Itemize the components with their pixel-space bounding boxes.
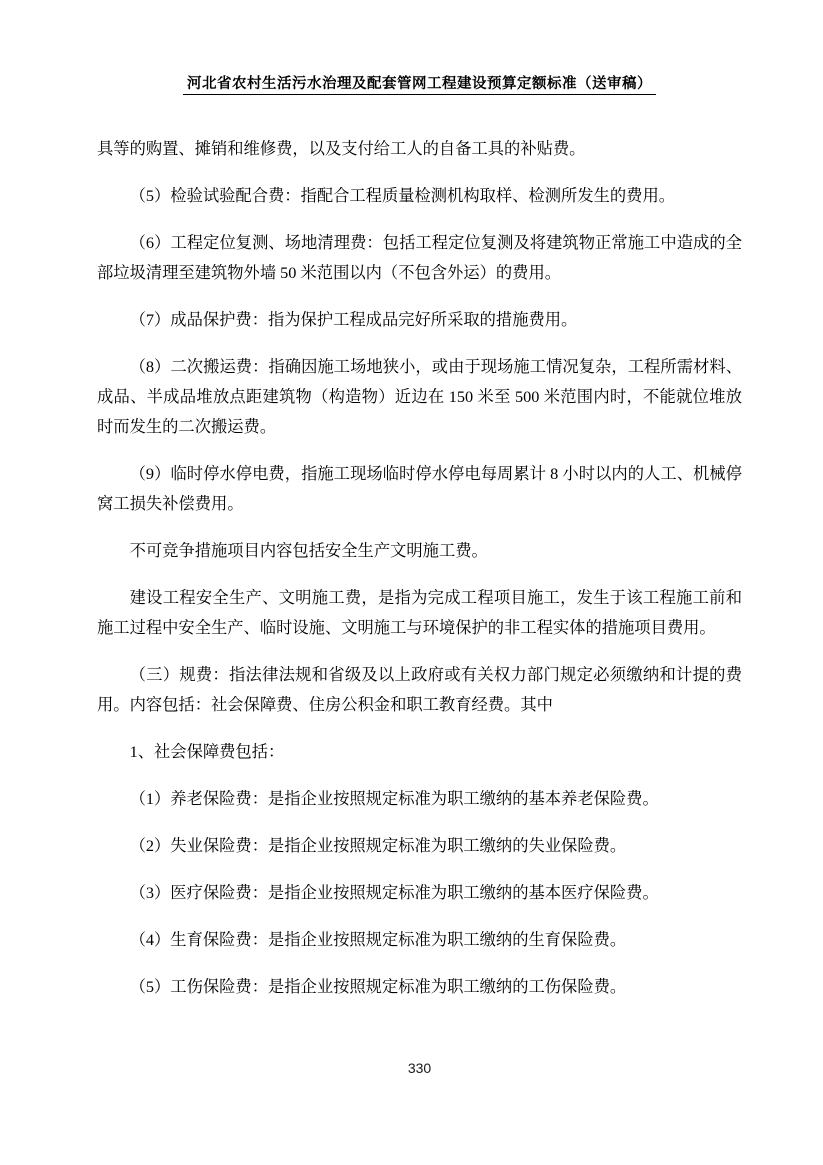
paragraph-social-security-list: 1、社会保障费包括： [97,737,742,767]
paragraph-item-9: （9）临时停水停电费，指施工现场临时停水停电每周累计 8 小时以内的人工、机械停… [97,459,742,519]
paragraph-item-8: （8）二次搬运费：指确因施工场地狭小，或由于现场施工情况复杂，工程所需材料、成品… [97,352,742,442]
paragraph-continuation: 具等的购置、摊销和维修费，以及支付给工人的自备工具的补贴费。 [97,134,742,164]
paragraph-pension-insurance: （1）养老保险费：是指企业按照规定标准为职工缴纳的基本养老保险费。 [97,784,742,814]
document-title: 河北省农村生活污水治理及配套管网工程建设预算定额标准（送审稿） [183,76,656,95]
paragraph-item-7: （7）成品保护费：指为保护工程成品完好所采取的措施费用。 [97,305,742,335]
page-number: 330 [408,1060,431,1076]
paragraph-maternity-insurance: （4）生育保险费：是指企业按照规定标准为职工缴纳的生育保险费。 [97,925,742,955]
paragraph-item-5: （5）检验试验配合费：指配合工程质量检测机构取样、检测所发生的费用。 [97,181,742,211]
page-header: 河北省农村生活污水治理及配套管网工程建设预算定额标准（送审稿） [97,72,742,93]
paragraph-unemployment-insurance: （2）失业保险费：是指企业按照规定标准为职工缴纳的失业保险费。 [97,831,742,861]
paragraph-safety-civilized-fee: 建设工程安全生产、文明施工费，是指为完成工程项目施工，发生于该工程施工前和施工过… [97,583,742,643]
document-page: 河北省农村生活污水治理及配套管网工程建设预算定额标准（送审稿） 具等的购置、摊销… [0,0,823,1165]
paragraph-medical-insurance: （3）医疗保险费：是指企业按照规定标准为职工缴纳的基本医疗保险费。 [97,878,742,908]
paragraph-section-3-fees: （三）规费：指法律法规和省级及以上政府或有关权力部门规定必须缴纳和计提的费用。内… [97,660,742,720]
document-body: 具等的购置、摊销和维修费，以及支付给工人的自备工具的补贴费。 （5）检验试验配合… [97,134,742,1019]
page-footer: 330 [97,1060,742,1076]
paragraph-item-6: （6）工程定位复测、场地清理费：包括工程定位复测及将建筑物正常施工中造成的全部垃… [97,228,742,288]
paragraph-work-injury-insurance: （5）工伤保险费：是指企业按照规定标准为职工缴纳的工伤保险费。 [97,972,742,1002]
paragraph-noncompetitive-measures: 不可竞争措施项目内容包括安全生产文明施工费。 [97,536,742,566]
